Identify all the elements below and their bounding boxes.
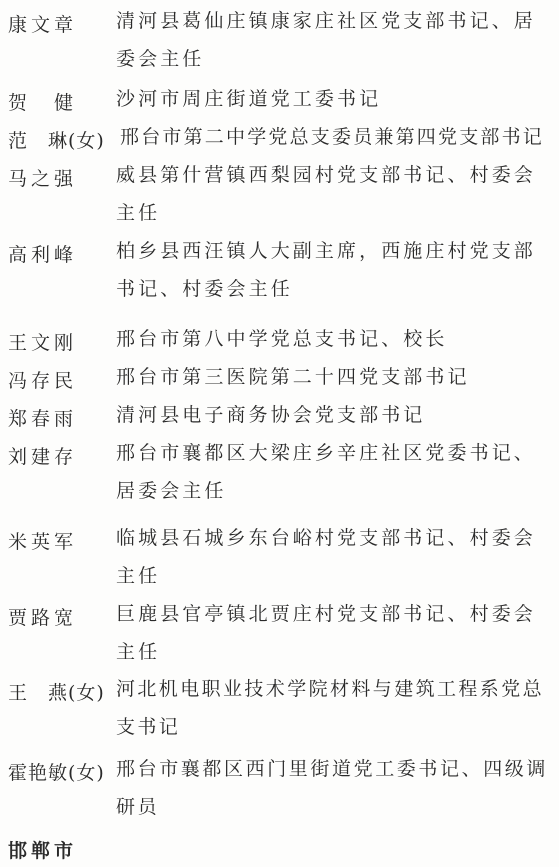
person-position: 威县第什营镇西梨园村党支部书记、村委会主任 xyxy=(116,156,556,232)
person-position: 巨鹿县官亭镇北贾庄村党支部书记、村委会主任 xyxy=(116,595,556,671)
person-position: 沙河市周庄街道党工委书记 xyxy=(116,80,556,118)
person-name: 冯存民 xyxy=(8,366,77,393)
person-position: 柏乡县西汪镇人大副主席，西施庄村党支部书记、村委会主任 xyxy=(116,232,556,308)
person-name: 王文刚 xyxy=(8,328,77,355)
person-position: 邢台市第二中学党总支委员兼第四党支部书记 xyxy=(120,118,559,156)
person-name: 刘建存 xyxy=(8,442,77,469)
person-position: 邢台市第三医院第二十四党支部书记 xyxy=(116,358,556,396)
person-name: 高利峰 xyxy=(8,240,77,267)
person-name: 贾路宽 xyxy=(8,603,77,630)
person-name: 贺 健 xyxy=(8,88,77,115)
person-position: 清河县电子商务协会党支部书记 xyxy=(116,396,556,434)
person-name: 马之强 xyxy=(8,164,77,191)
person-name: 霍艳敏(女) xyxy=(8,758,105,785)
person-position: 邢台市襄都区西门里街道党工委书记、四级调研员 xyxy=(116,750,556,826)
person-name: 郑春雨 xyxy=(8,404,77,431)
person-position: 邢台市襄都区大梁庄乡辛庄社区党委书记、居委会主任 xyxy=(116,434,556,510)
person-name: 王 燕(女) xyxy=(8,678,105,705)
person-position: 临城县石城乡东台峪村党支部书记、村委会主任 xyxy=(116,519,556,595)
person-name: 康文章 xyxy=(8,10,77,37)
section-heading: 邯郸市 xyxy=(8,836,77,863)
person-position: 邢台市第八中学党总支书记、校长 xyxy=(116,320,556,358)
person-name: 米英军 xyxy=(8,527,77,554)
person-position: 清河县葛仙庄镇康家庄社区党支部书记、居委会主任 xyxy=(116,2,556,78)
person-position: 河北机电职业技术学院材料与建筑工程系党总支书记 xyxy=(116,670,556,746)
person-name: 范 琳(女) xyxy=(8,126,105,153)
